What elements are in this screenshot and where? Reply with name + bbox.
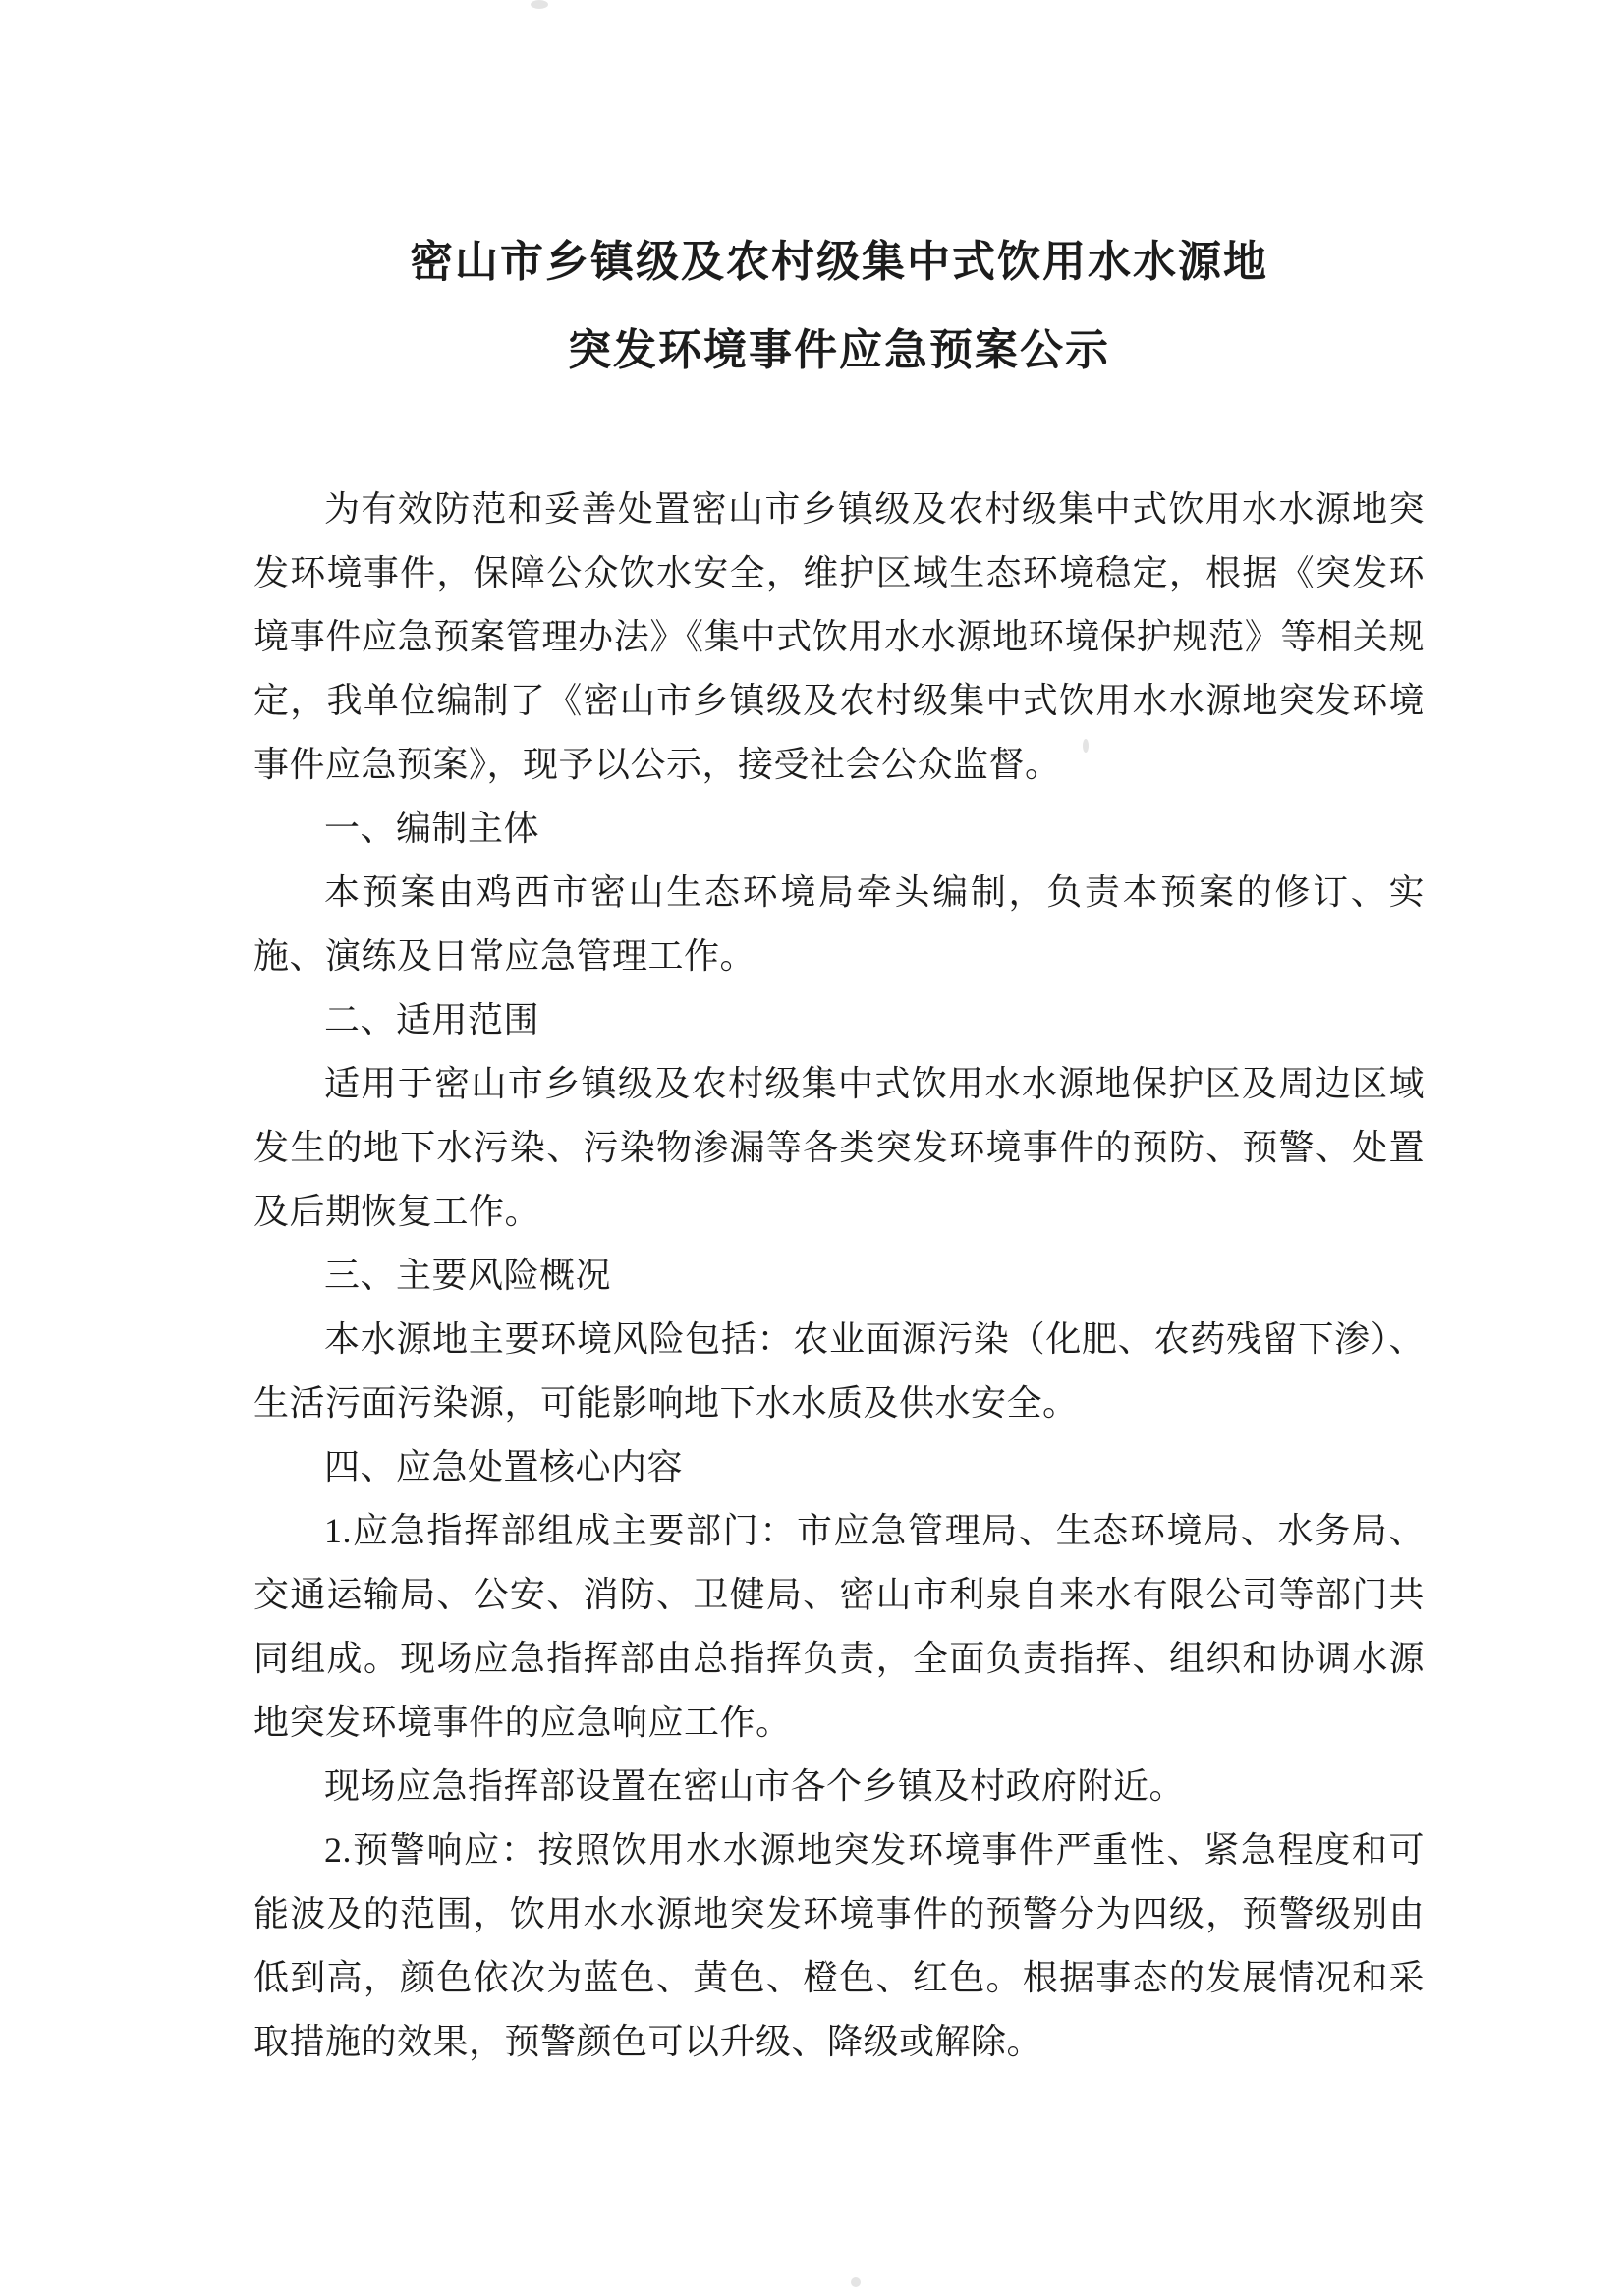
- document-content: 密山市乡镇级及农村级集中式饮用水水源地 突发环境事件应急预案公示 为有效防范和妥…: [253, 0, 1425, 2074]
- scan-artifact-top: [531, 0, 548, 9]
- paragraph-warning-response: 2.预警响应：按照饮用水水源地突发环境事件严重性、紧急程度和可能波及的范围，饮用…: [253, 1819, 1425, 2074]
- scan-artifact-bottom: [851, 2277, 861, 2287]
- document-title-line-2: 突发环境事件应急预案公示: [253, 307, 1425, 395]
- section-heading-3-risk-overview: 三、主要风险概况: [253, 1244, 1425, 1308]
- document-title: 密山市乡镇级及农村级集中式饮用水水源地 突发环境事件应急预案公示: [253, 0, 1425, 395]
- section-heading-2-scope: 二、适用范围: [253, 988, 1425, 1052]
- section-heading-4-core-content: 四、应急处置核心内容: [253, 1435, 1425, 1499]
- section-heading-1-compiling-body: 一、编制主体: [253, 797, 1425, 861]
- document-title-line-1: 密山市乡镇级及农村级集中式饮用水水源地: [253, 218, 1425, 307]
- document-page: 密山市乡镇级及农村级集中式饮用水水源地 突发环境事件应急预案公示 为有效防范和妥…: [0, 0, 1624, 2295]
- paragraph-command-location: 现场应急指挥部设置在密山市各个乡镇及村政府附近。: [253, 1755, 1425, 1819]
- paragraph-command-structure: 1.应急指挥部组成主要部门：市应急管理局、生态环境局、水务局、交通运输局、公安、…: [253, 1499, 1425, 1755]
- paragraph-risk-overview: 本水源地主要环境风险包括：农业面源污染（化肥、农药残留下渗）、生活污面污染源，可…: [253, 1308, 1425, 1435]
- paragraph-scope: 适用于密山市乡镇级及农村级集中式饮用水水源地保护区及周边区域发生的地下水污染、污…: [253, 1052, 1425, 1244]
- paragraph-intro: 为有效防范和妥善处置密山市乡镇级及农村级集中式饮用水水源地突发环境事件，保障公众…: [253, 477, 1425, 797]
- scan-artifact-right: [1083, 739, 1089, 753]
- paragraph-compiling-body: 本预案由鸡西市密山生态环境局牵头编制，负责本预案的修订、实施、演练及日常应急管理…: [253, 861, 1425, 988]
- document-body: 为有效防范和妥善处置密山市乡镇级及农村级集中式饮用水水源地突发环境事件，保障公众…: [253, 477, 1425, 2074]
